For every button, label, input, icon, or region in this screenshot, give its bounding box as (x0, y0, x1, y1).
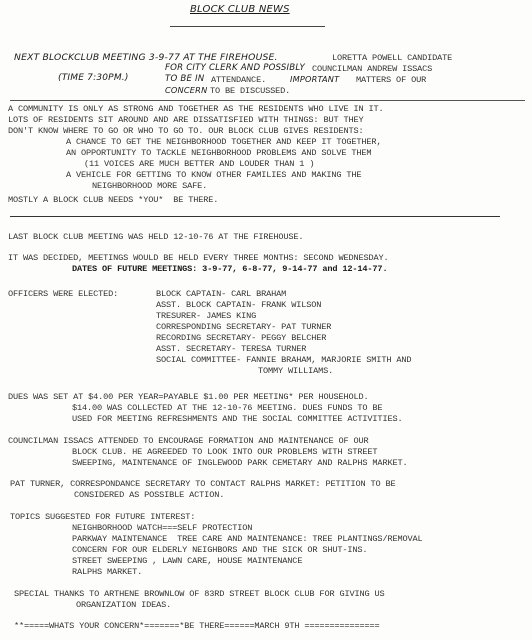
thanks-line-2: ORGANIZATION IDEAS. (76, 600, 171, 610)
next-meeting-line4-type: TO BE DISCUSSED. (210, 86, 290, 96)
decided-line-2: DATES OF FUTURE MEETINGS: 3-9-77, 6-8-77… (72, 264, 387, 274)
section-divider (10, 216, 500, 217)
footer-banner: **=====WHATS YOUR CONCERN*=======*BE THE… (14, 621, 380, 631)
next-meeting-line3-type-b: MATTERS OF OUR (356, 75, 426, 85)
next-meeting-line2-hand: FOR CITY CLERK AND POSSIBLY (165, 63, 305, 73)
next-meeting-line3-type: ATTENDANCE. (211, 75, 266, 85)
next-meeting-line3-hand-b: IMPORTANT (290, 74, 339, 84)
councilman-line-1: COUNCILMAN ISSACS ATTENDED TO ENCOURAGE … (8, 436, 369, 446)
dues-line-2: $14.00 WAS COLLECTED AT THE 12-10-76 MEE… (72, 403, 382, 413)
newsletter-page: BLOCK CLUB NEWS NEXT BLOCKCLUB MEETING 3… (0, 0, 532, 640)
title-underline (170, 26, 325, 27)
officer-item: TOMMY WILLIAMS. (258, 366, 333, 376)
topic-item: CONCERN FOR OUR ELDERLY NEIGHBORS AND TH… (72, 545, 367, 555)
community-benefit-3: (11 VOICES ARE MUCH BETTER AND LOUDER TH… (84, 159, 314, 169)
topic-item: NEIGHBORHOOD WATCH===SELF PROTECTION (72, 523, 252, 533)
dues-line-3: USED FOR MEETING REFRESHMENTS AND THE SO… (72, 414, 402, 424)
next-meeting-lead: NEXT BLOCKCLUB MEETING 3-9-77 AT THE FIR… (14, 52, 278, 63)
community-benefit-5: NEIGHBORHOOD MORE SAFE. (92, 181, 207, 191)
section-divider (10, 100, 525, 101)
thanks-line-1: SPECIAL THANKS TO ARTHENE BROWNLOW OF 83… (14, 589, 385, 599)
topic-item: PARKWAY MAINTENANCE TREE CARE AND MAINTE… (72, 534, 423, 544)
pat-turner-line-2: CONSIDERED AS POSSIBLE ACTION. (74, 490, 224, 500)
next-meeting-line4-hand: CONCERN (165, 85, 207, 95)
officer-item: ASST. SECRETARY- TERESA TURNER (156, 344, 306, 354)
community-benefit-4: A VEHICLE FOR GETTING TO KNOW OTHER FAMI… (66, 170, 361, 180)
topic-item: STREET SWEEPING , LAWN CARE, HOUSE MAINT… (72, 556, 302, 566)
community-line-2: LOTS OF RESIDENTS SIT AROUND AND ARE DIS… (8, 115, 364, 125)
community-closing: MOSTLY A BLOCK CLUB NEEDS *YOU* BE THERE… (8, 195, 218, 205)
officer-item: ASST. BLOCK CAPTAIN- FRANK WILSON (156, 300, 321, 310)
officer-item: CORRESPONDING SECRETARY- PAT TURNER (156, 322, 331, 332)
dues-line-1: DUES WAS SET AT $4.00 PER YEAR=PAYABLE $… (8, 392, 369, 402)
pat-turner-line-1: PAT TURNER, CORRESPONDANCE SECRETARY TO … (10, 479, 396, 489)
next-meeting-line2-type: COUNCILMAN ANDREW ISSACS (312, 64, 432, 74)
officer-item: TRESURER- JAMES KING (156, 311, 256, 321)
officer-item: BLOCK CAPTAIN- CARL BRAHAM (156, 289, 286, 299)
officers-label: OFFICERS WERE ELECTED: (8, 289, 118, 299)
next-meeting-candidate: LORETTA POWELL CANDIDATE (332, 53, 452, 63)
last-meeting: LAST BLOCK CLUB MEETING WAS HELD 12-10-7… (8, 232, 303, 242)
topic-item: RALPHS MARKET. (72, 567, 142, 577)
community-line-1: A COMMUNITY IS ONLY AS STRONG AND TOGETH… (8, 104, 384, 114)
community-benefit-2: AN OPPORTUNITY TO TACKLE NEIGHBORHOOD PR… (66, 148, 371, 158)
newsletter-title: BLOCK CLUB NEWS (190, 4, 290, 15)
community-benefit-1: A CHANCE TO GET THE NEIGHBORHOOD TOGETHE… (66, 137, 381, 147)
next-meeting-line3-hand: TO BE IN (165, 74, 204, 84)
next-meeting-time: (TIME 7:30PM.) (58, 73, 129, 83)
councilman-line-3: SWEEPING, MAINTENANCE OF INGLEWOOD PARK … (72, 458, 407, 468)
councilman-line-2: BLOCK CLUB. HE AGREEDED TO LOOK INTO OUR… (72, 447, 377, 457)
officer-item: RECORDING SECRETARY- PEGGY BELCHER (156, 333, 326, 343)
officer-item: SOCIAL COMMITTEE- FANNIE BRAHAM, MARJORI… (156, 355, 411, 365)
community-line-3: DON'T KNOW WHERE TO GO OR WHO TO GO TO. … (8, 126, 364, 136)
decided-line-1: IT WAS DECIDED, MEETINGS WOULD BE HELD E… (8, 253, 389, 263)
topics-label: TOPICS SUGGESTED FOR FUTURE INTEREST: (10, 512, 195, 522)
